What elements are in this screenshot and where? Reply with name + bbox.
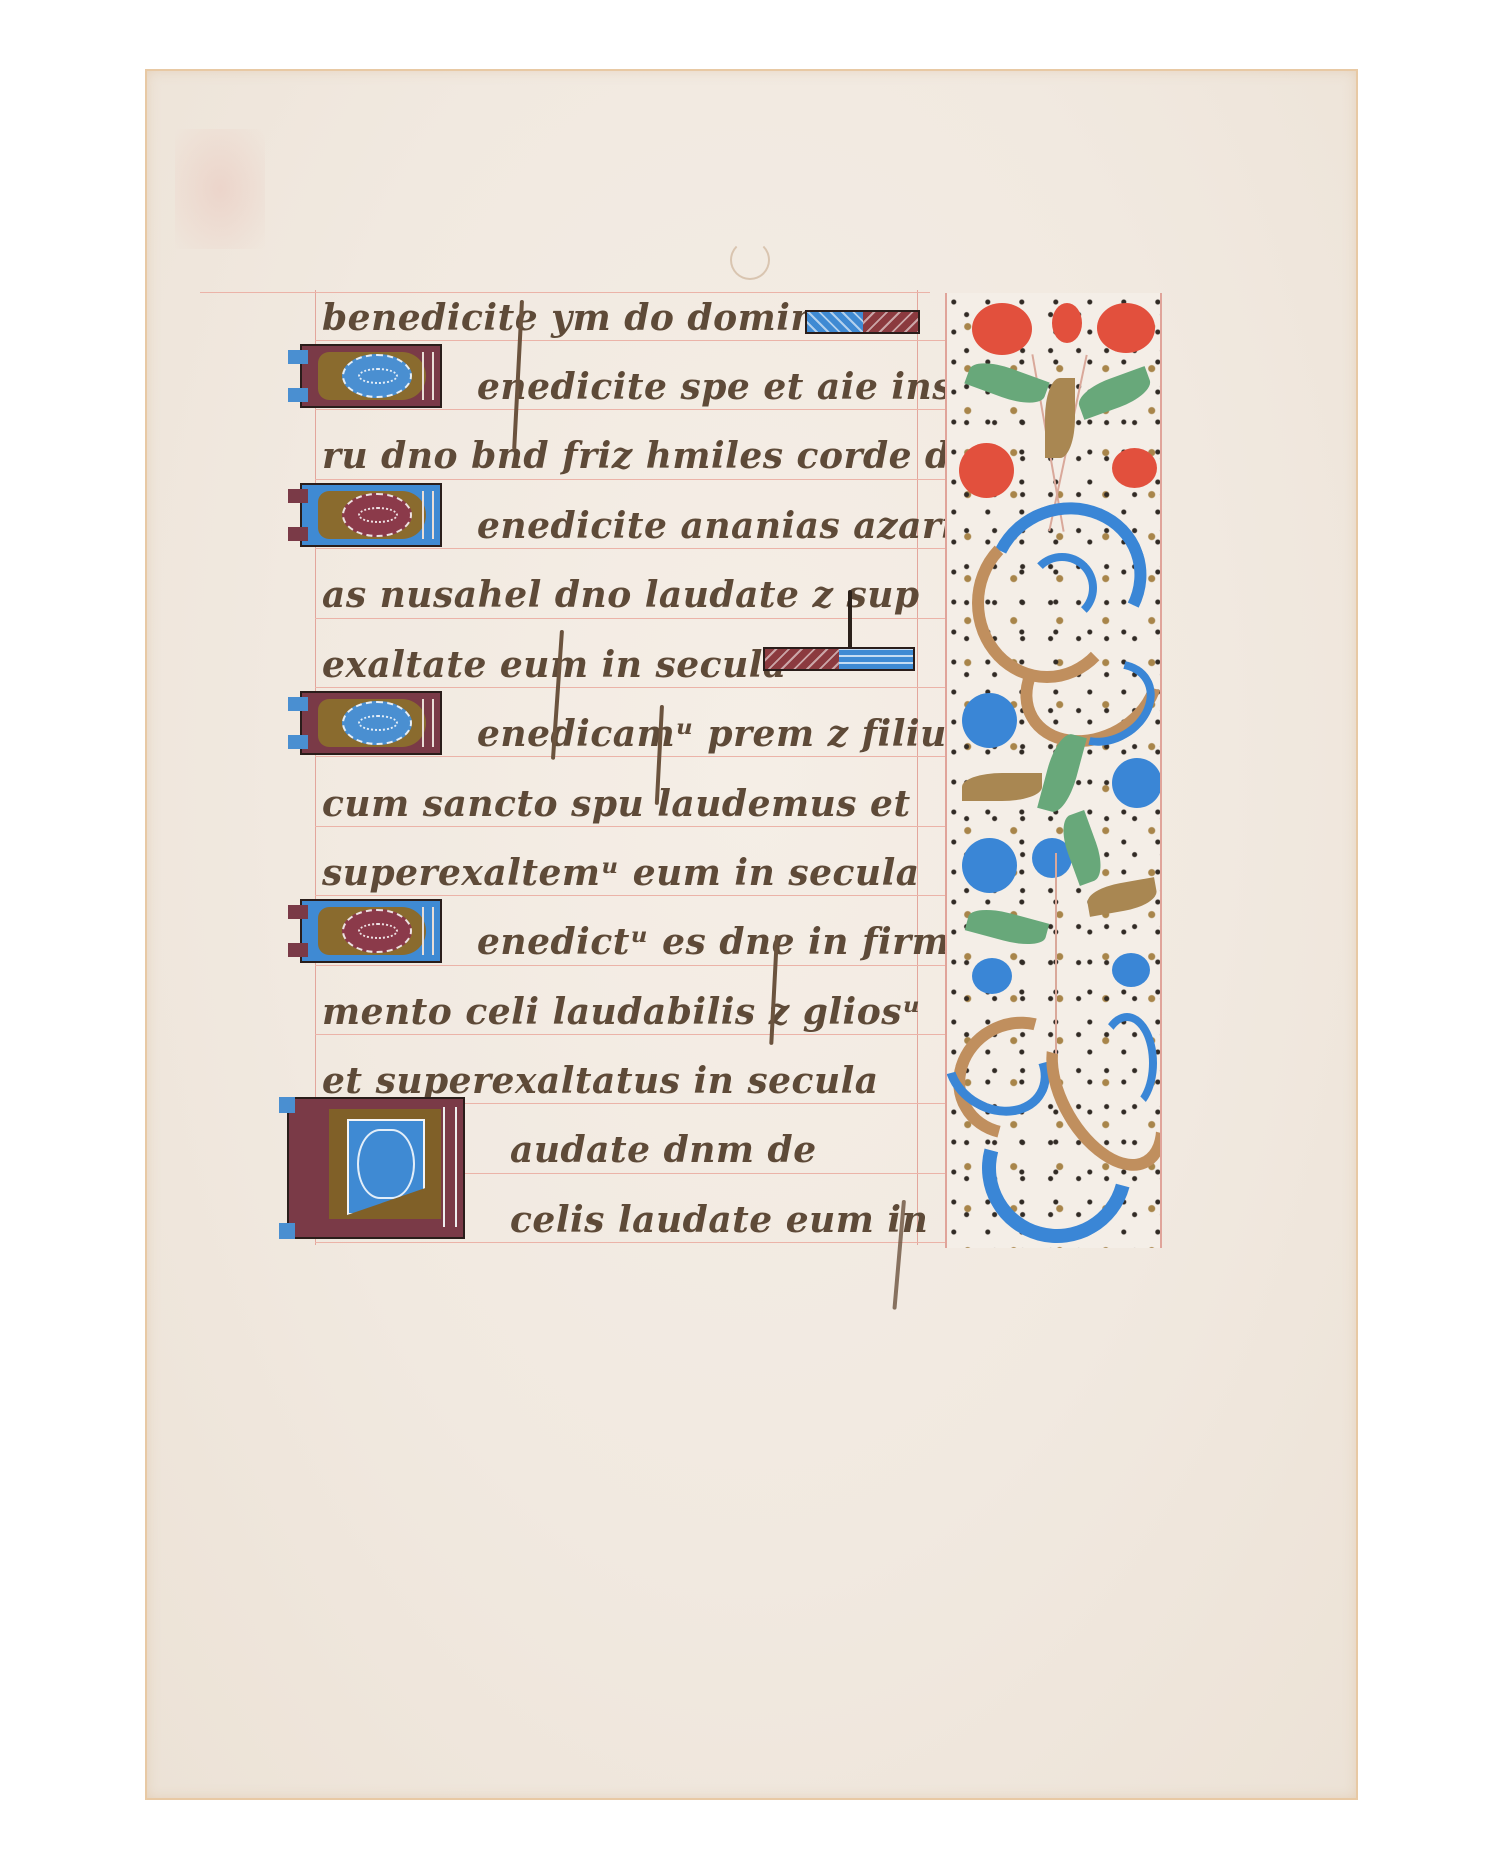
text-line-2: enedicite spe et aie insto (477, 357, 995, 417)
initial-spur (279, 1223, 295, 1239)
initial-spur (288, 905, 308, 919)
red-flower (1052, 303, 1082, 343)
red-flower (1112, 448, 1157, 488)
text-line-4: enedicite ananias azari (477, 496, 956, 556)
text-line-5: as nusahel dno laudate z sup (322, 565, 920, 625)
filler-red-segment (863, 312, 919, 332)
initial-spur (288, 388, 308, 402)
filler-blue-segment (839, 649, 913, 669)
initial-spur (288, 697, 308, 711)
gold-leaf (1045, 378, 1075, 458)
text-line-9: superexaltemᵘ eum in secula (322, 843, 920, 903)
blue-flower (1112, 953, 1150, 987)
initial-frame (422, 491, 434, 539)
blue-flower (972, 958, 1012, 994)
blue-acanthus (1097, 1013, 1157, 1113)
red-flower (959, 443, 1014, 498)
initial-spur (288, 350, 308, 364)
pencil-mark (730, 240, 770, 280)
initial-inner-line (358, 368, 398, 384)
line-filler-1 (805, 310, 920, 334)
text-line-14: celis laudate eum in (510, 1190, 928, 1250)
initial-l-large (287, 1097, 465, 1239)
initial-spur (288, 735, 308, 749)
initial-frame (422, 907, 434, 955)
initial-inner-line (358, 923, 398, 939)
red-flower (972, 303, 1032, 355)
initial-b-blue-1 (300, 344, 442, 408)
blue-acanthus (1027, 553, 1097, 623)
filler-blue-segment (807, 312, 863, 332)
initial-spur (288, 943, 308, 957)
initial-b-red-2 (300, 899, 442, 963)
text-line-11: mento celi laudabilis z gliosᵘ (322, 982, 921, 1042)
blue-flower (962, 838, 1017, 893)
initial-b-blue-2 (300, 691, 442, 755)
text-line-8: cum sancto spu laudemus et (322, 774, 911, 834)
gold-leaf (962, 773, 1042, 801)
initial-spur (288, 527, 308, 541)
initial-frame (443, 1107, 457, 1227)
red-flower (1097, 303, 1155, 353)
descender-stroke (848, 590, 852, 650)
initial-spur (288, 489, 308, 503)
line-filler-2 (763, 647, 915, 671)
text-line-10: enedictᵘ es dne in firma (477, 912, 974, 972)
text-line-13: audate dnm de (510, 1120, 817, 1180)
filler-red-segment (765, 649, 839, 669)
text-line-1: benedicite ym do domino (322, 288, 842, 348)
initial-inner-line (358, 715, 398, 731)
blue-flower (1112, 758, 1162, 808)
initial-b-red-1 (300, 483, 442, 547)
text-line-3: ru dno bnd friz hmiles corde do (322, 426, 975, 486)
initial-spur (279, 1097, 295, 1113)
parchment-stain (175, 129, 265, 249)
initial-frame (422, 352, 434, 400)
initial-frame (422, 699, 434, 747)
initial-inner-line (358, 507, 398, 523)
text-line-6: exaltate eum in secula (322, 635, 787, 695)
floral-border (945, 293, 1162, 1248)
blue-flower (962, 693, 1017, 748)
